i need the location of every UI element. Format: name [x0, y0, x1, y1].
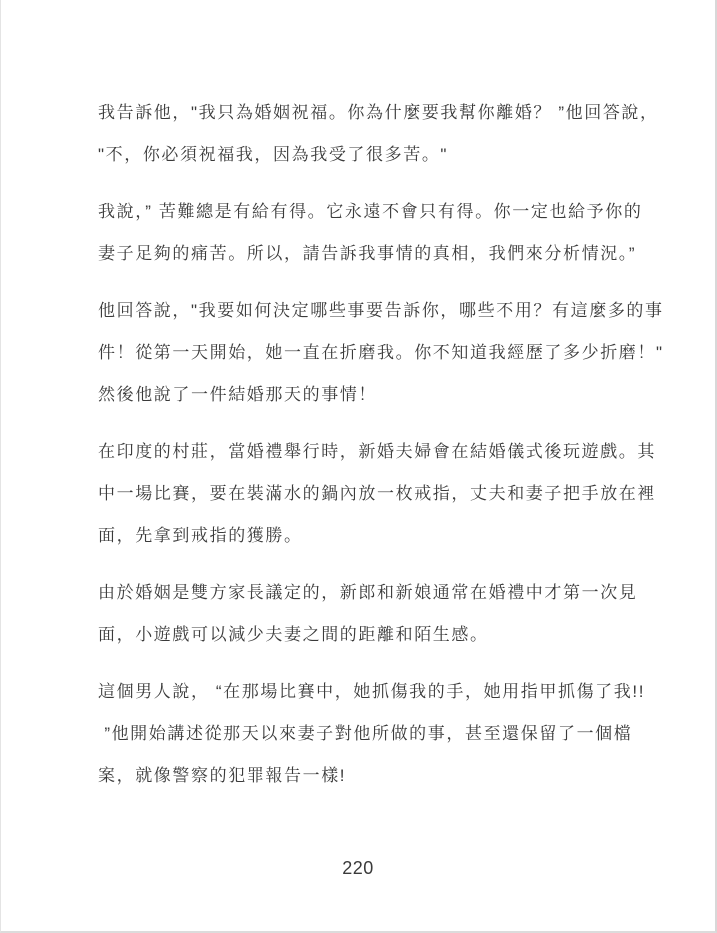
paragraph: 我說，” 苦難總是有給有得。它永遠不會只有得。你一定也給予你的妻子足夠的痛苦。所…: [98, 191, 673, 275]
text-line: 妻子足夠的痛苦。所以，請告訴我事情的真相，我們來分析情況。”: [98, 233, 673, 275]
text-line: 他回答說，"我要如何決定哪些事要告訴你，哪些不用？有這麼多的事: [98, 290, 673, 332]
document-page: 我告訴他，"我只為婚姻祝福。你為什麼要我幫你離婚？ ”他回答說，"不，你必須祝福…: [0, 0, 717, 933]
text-body: 我告訴他，"我只為婚姻祝福。你為什麼要我幫你離婚？ ”他回答說，"不，你必須祝福…: [98, 92, 673, 812]
paragraph: 他回答說，"我要如何決定哪些事要告訴你，哪些不用？有這麼多的事件！從第一天開始，…: [98, 290, 673, 416]
text-line: "不，你必須祝福我，因為我受了很多苦。": [98, 134, 673, 176]
text-line: 中一場比賽，要在裝滿水的鍋內放一枚戒指，丈夫和妻子把手放在裡: [98, 473, 673, 515]
text-line: 案，就像警察的犯罪報告一樣!: [98, 755, 673, 797]
text-line: 面，小遊戲可以減少夫妻之間的距離和陌生感。: [98, 614, 673, 656]
page-number: 220: [1, 858, 715, 879]
text-line: 我說，” 苦難總是有給有得。它永遠不會只有得。你一定也給予你的: [98, 191, 673, 233]
text-line: 件！從第一天開始，她一直在折磨我。你不知道我經歷了多少折磨！": [98, 332, 673, 374]
paragraph: 我告訴他，"我只為婚姻祝福。你為什麼要我幫你離婚？ ”他回答說，"不，你必須祝福…: [98, 92, 673, 176]
paragraph: 在印度的村莊，當婚禮舉行時，新婚夫婦會在結婚儀式後玩遊戲。其中一場比賽，要在裝滿…: [98, 431, 673, 557]
text-line: 在印度的村莊，當婚禮舉行時，新婚夫婦會在結婚儀式後玩遊戲。其: [98, 431, 673, 473]
text-line: 我告訴他，"我只為婚姻祝福。你為什麼要我幫你離婚？ ”他回答說，: [98, 92, 673, 134]
paragraph: 由於婚姻是雙方家長議定的，新郎和新娘通常在婚禮中才第一次見面，小遊戲可以減少夫妻…: [98, 572, 673, 656]
paragraph: 這個男人說， “在那場比賽中，她抓傷我的手，她用指甲抓傷了我!! ”他開始講述從…: [98, 671, 673, 797]
text-line: 然後他說了一件結婚那天的事情！: [98, 374, 673, 416]
text-line: 這個男人說， “在那場比賽中，她抓傷我的手，她用指甲抓傷了我!!: [98, 671, 673, 713]
text-line: 面，先拿到戒指的獲勝。: [98, 515, 673, 557]
text-line: ”他開始講述從那天以來妻子對他所做的事，甚至還保留了一個檔: [98, 713, 673, 755]
text-line: 由於婚姻是雙方家長議定的，新郎和新娘通常在婚禮中才第一次見: [98, 572, 673, 614]
